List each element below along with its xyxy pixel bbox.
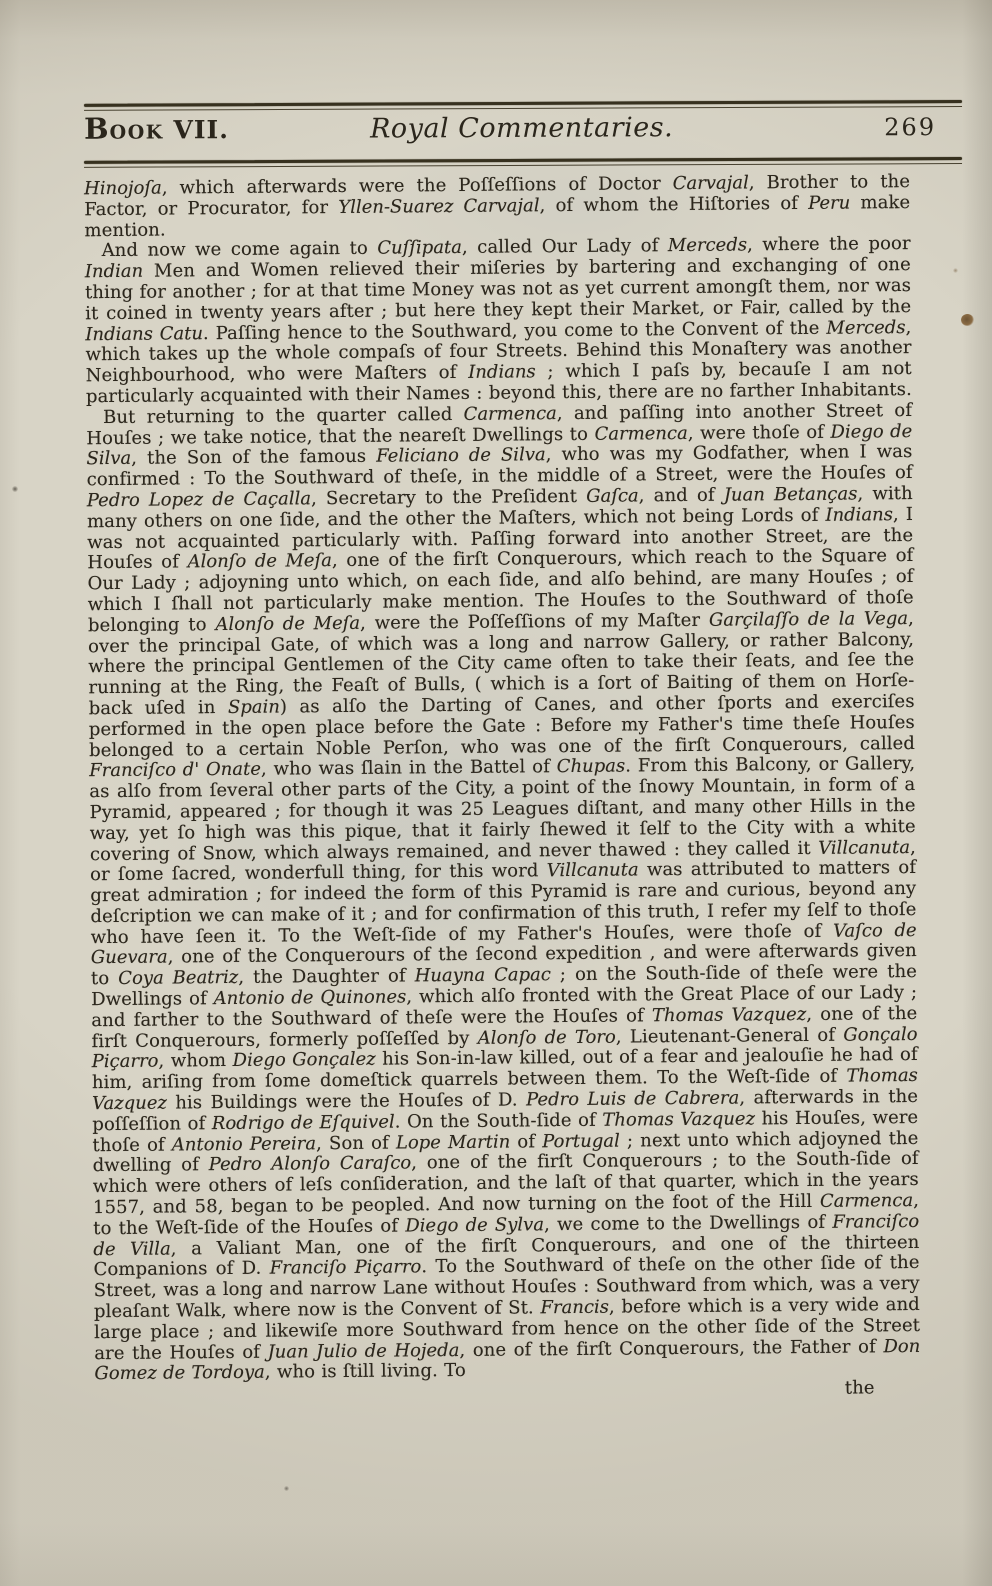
text-block: Hinojoſa, which afterwards were the Poſſ… [84,172,921,1406]
foxing-spot [953,268,958,273]
ink-speck [12,486,18,492]
running-header: BOOK VII. Royal Commentaries. 269 [84,108,946,146]
book-label-smallcaps: OOK [110,121,164,143]
paragraph: And now we come again to Cuſſipata, call… [85,234,912,408]
header-bottom-rule [84,157,962,168]
book-page: BOOK VII. Royal Commentaries. 269 Hinojo… [0,0,992,1586]
paragraph: Hinojoſa, which afterwards were the Poſſ… [84,172,911,242]
ink-speck [284,1486,289,1491]
running-title: Royal Commentaries. [370,112,673,144]
book-label-initial: B [84,112,110,146]
page-number: 269 [884,113,936,141]
paragraph: But returning to the quarter called Carm… [86,401,920,1386]
book-label-number: VII. [164,115,229,144]
book-label: BOOK VII. [84,111,229,146]
foxing-spot [961,314,974,326]
